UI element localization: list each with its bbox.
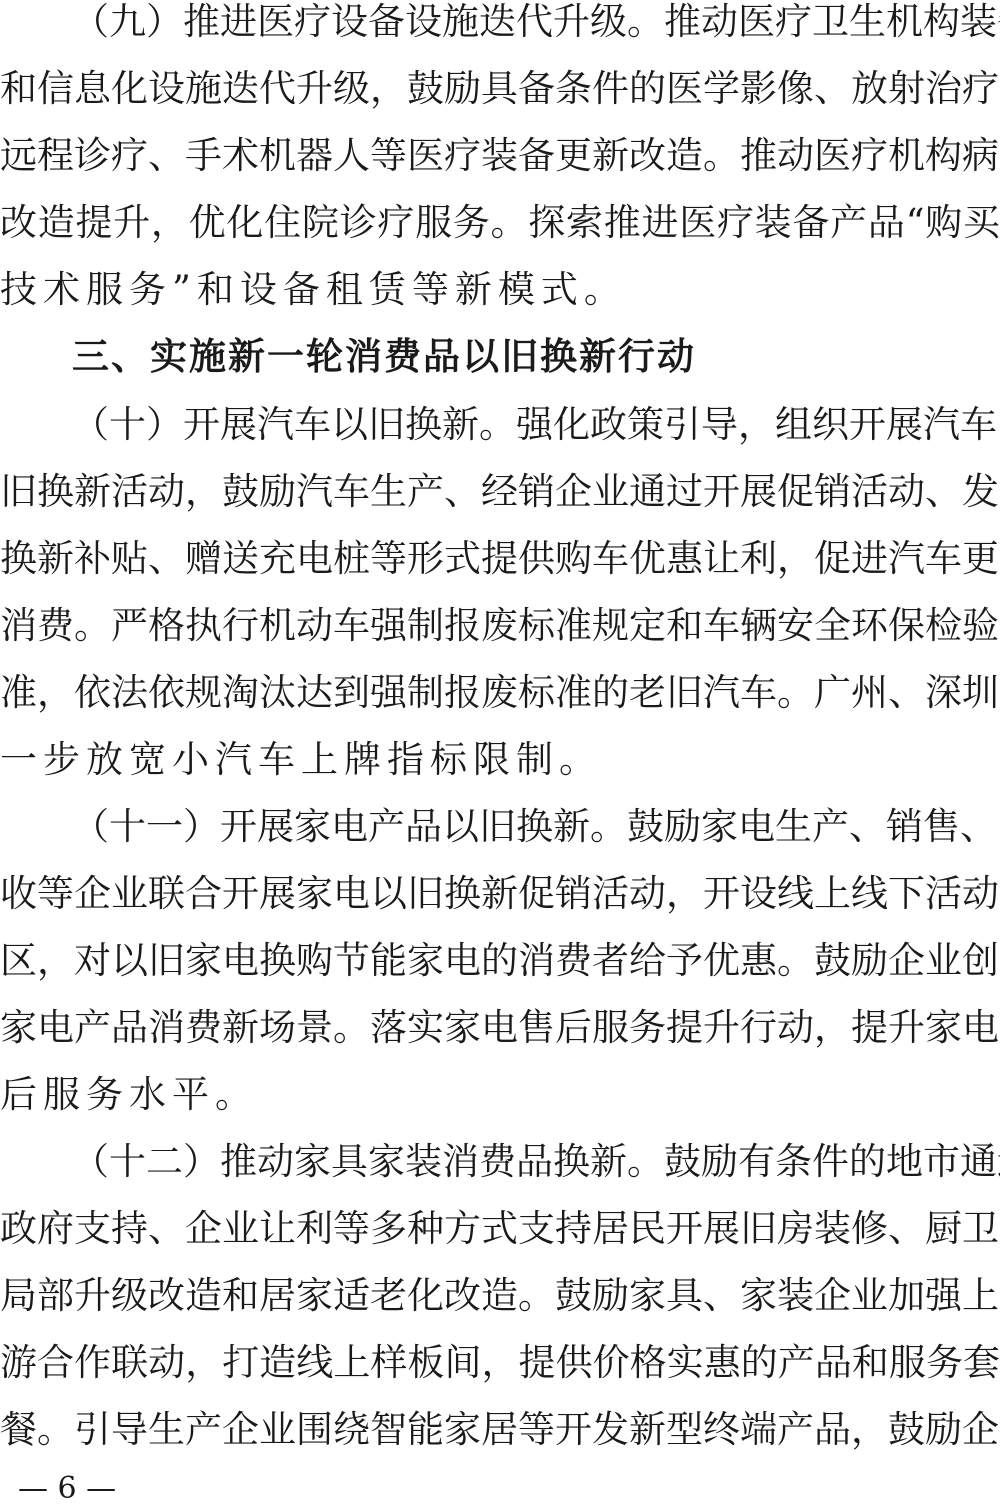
paragraph-11-line-5: 后服务水平。 bbox=[0, 1073, 1000, 1117]
paragraph-9-line-3: 远程诊疗、手术机器人等医疗装备更新改造。推动医疗机构病房 bbox=[0, 134, 1000, 178]
page-number: — 6 — bbox=[18, 1474, 116, 1504]
paragraph-12-line-3: 局部升级改造和居家适老化改造。鼓励家具、家装企业加强上下 bbox=[0, 1274, 1000, 1318]
item-title: （九）推进医疗设备设施迭代升级。 bbox=[72, 0, 664, 43]
paragraph-10-line-2: 旧换新活动，鼓励汽车生产、经销企业通过开展促销活动、发放 bbox=[0, 470, 1000, 514]
paragraph-12-line-1: （十二）推动家具家装消费品换新。鼓励有条件的地市通过 bbox=[72, 1140, 1000, 1184]
paragraph-12-line-4: 游合作联动，打造线上样板间，提供价格实惠的产品和服务套 bbox=[0, 1341, 1000, 1385]
paragraph-9-line-5: 技术服务”和设备租赁等新模式。 bbox=[0, 268, 1000, 312]
paragraph-11-line-2: 收等企业联合开展家电以旧换新促销活动，开设线上线下活动专 bbox=[0, 872, 1000, 916]
section-heading: 三、实施新一轮消费品以旧换新行动 bbox=[72, 335, 1000, 379]
paragraph-11-line-4: 家电产品消费新场景。落实家电售后服务提升行动，提升家电售 bbox=[0, 1006, 1000, 1050]
paragraph-10-line-1: （十）开展汽车以旧换新。强化政策引导，组织开展汽车以 bbox=[72, 403, 1000, 447]
paragraph-9-line-4: 改造提升，优化住院诊疗服务。探索推进医疗装备产品“购买 bbox=[0, 201, 1000, 245]
document-page: （九）推进医疗设备设施迭代升级。推动医疗卫生机构装备 和信息化设施迭代升级，鼓励… bbox=[0, 0, 1000, 1504]
paragraph-11-line-1: （十一）开展家电产品以旧换新。鼓励家电生产、销售、回 bbox=[72, 805, 1000, 849]
paragraph-9-line-1: （九）推进医疗设备设施迭代升级。推动医疗卫生机构装备 bbox=[72, 0, 1000, 44]
paragraph-11-line-3: 区，对以旧家电换购节能家电的消费者给予优惠。鼓励企业创新 bbox=[0, 939, 1000, 983]
paragraph-12-line-5: 餐。引导生产企业围绕智能家居等开发新型终端产品，鼓励企业 bbox=[0, 1408, 1000, 1452]
paragraph-10-line-3: 换新补贴、赠送充电桩等形式提供购车优惠让利，促进汽车更新 bbox=[0, 537, 1000, 581]
paragraph-10-line-6: 一步放宽小汽车上牌指标限制。 bbox=[0, 738, 1000, 782]
paragraph-10-line-5: 准，依法依规淘汰达到强制报废标准的老旧汽车。广州、深圳进 bbox=[0, 671, 1000, 715]
paragraph-9-line-2: 和信息化设施迭代升级，鼓励具备条件的医学影像、放射治疗、 bbox=[0, 67, 1000, 111]
item-title: （十一）开展家电产品以旧换新。 bbox=[72, 805, 627, 848]
paragraph-10-line-4: 消费。严格执行机动车强制报废标准规定和车辆安全环保检验标 bbox=[0, 604, 1000, 648]
item-title: （十二）推动家具家装消费品换新。 bbox=[72, 1140, 664, 1183]
paragraph-12-line-2: 政府支持、企业让利等多种方式支持居民开展旧房装修、厨卫等 bbox=[0, 1207, 1000, 1251]
item-title: （十）开展汽车以旧换新。 bbox=[72, 403, 516, 446]
